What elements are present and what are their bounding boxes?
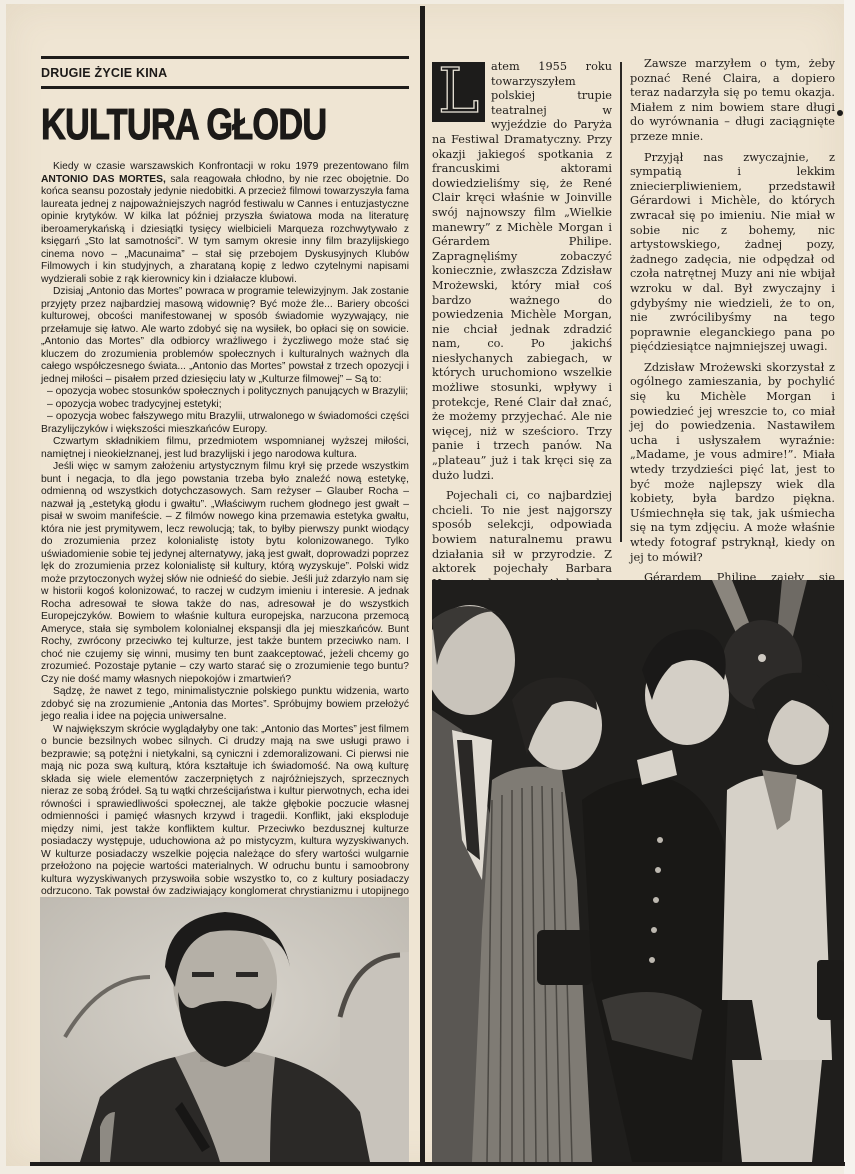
paragraph: Czwartym składnikiem filmu, przedmiotem …: [41, 436, 409, 461]
paragraph: Zdzisław Mrożewski skorzystał z ogólnego…: [630, 361, 835, 565]
column-divider: [420, 6, 425, 1166]
sidebar-article-col2: Zawsze marzyłem o tym, żeby poznać René …: [630, 57, 835, 606]
paragraph: Sądzę, że nawet z tego, minimalistycznie…: [41, 686, 409, 724]
paragraph: Przyjął nas zwyczajnie, z sympatią i lek…: [630, 151, 835, 355]
column-divider-thin: [620, 62, 622, 542]
paragraph: Latem 1955 roku towarzyszyłem polskiej t…: [432, 60, 612, 483]
group-image-icon: [432, 580, 844, 1162]
bullet-dot-icon: [837, 110, 843, 116]
film-still-photo: [40, 897, 409, 1162]
group-photo: [432, 580, 844, 1162]
list-item: – opozycja wobec tradycyjnej estetyki;: [41, 399, 409, 412]
paragraph: Kiedy w czasie warszawskich Konfrontacji…: [41, 161, 409, 286]
list-item: – opozycja wobec stosunków społecznych i…: [41, 386, 409, 399]
main-article: DRUGIE ŻYCIE KINA KULTURA GŁODU Kiedy w …: [41, 56, 409, 1019]
page-edge: [844, 0, 855, 1174]
section-label: DRUGIE ŻYCIE KINA: [41, 66, 409, 80]
paragraph: Jeśli więc w samym założeniu artystyczny…: [41, 461, 409, 686]
top-rule: [41, 56, 409, 59]
paragraph: Dzisiaj „Antonio das Mortes” powraca w p…: [41, 286, 409, 386]
article-title: KULTURA GŁODU: [41, 103, 328, 147]
article-body: Kiedy w czasie warszawskich Konfrontacji…: [41, 161, 409, 974]
paragraph: Zawsze marzyłem o tym, żeby poznać René …: [630, 57, 835, 145]
section-rule: [41, 86, 409, 89]
portrait-image-icon: [40, 897, 409, 1162]
paragraph: W największym skrócie wyglądałyby one ta…: [41, 724, 409, 924]
drop-cap: L: [432, 62, 485, 122]
list-item: – opozycja wobec fałszywego mitu Brazyli…: [41, 411, 409, 436]
bottom-rule: [30, 1162, 845, 1166]
